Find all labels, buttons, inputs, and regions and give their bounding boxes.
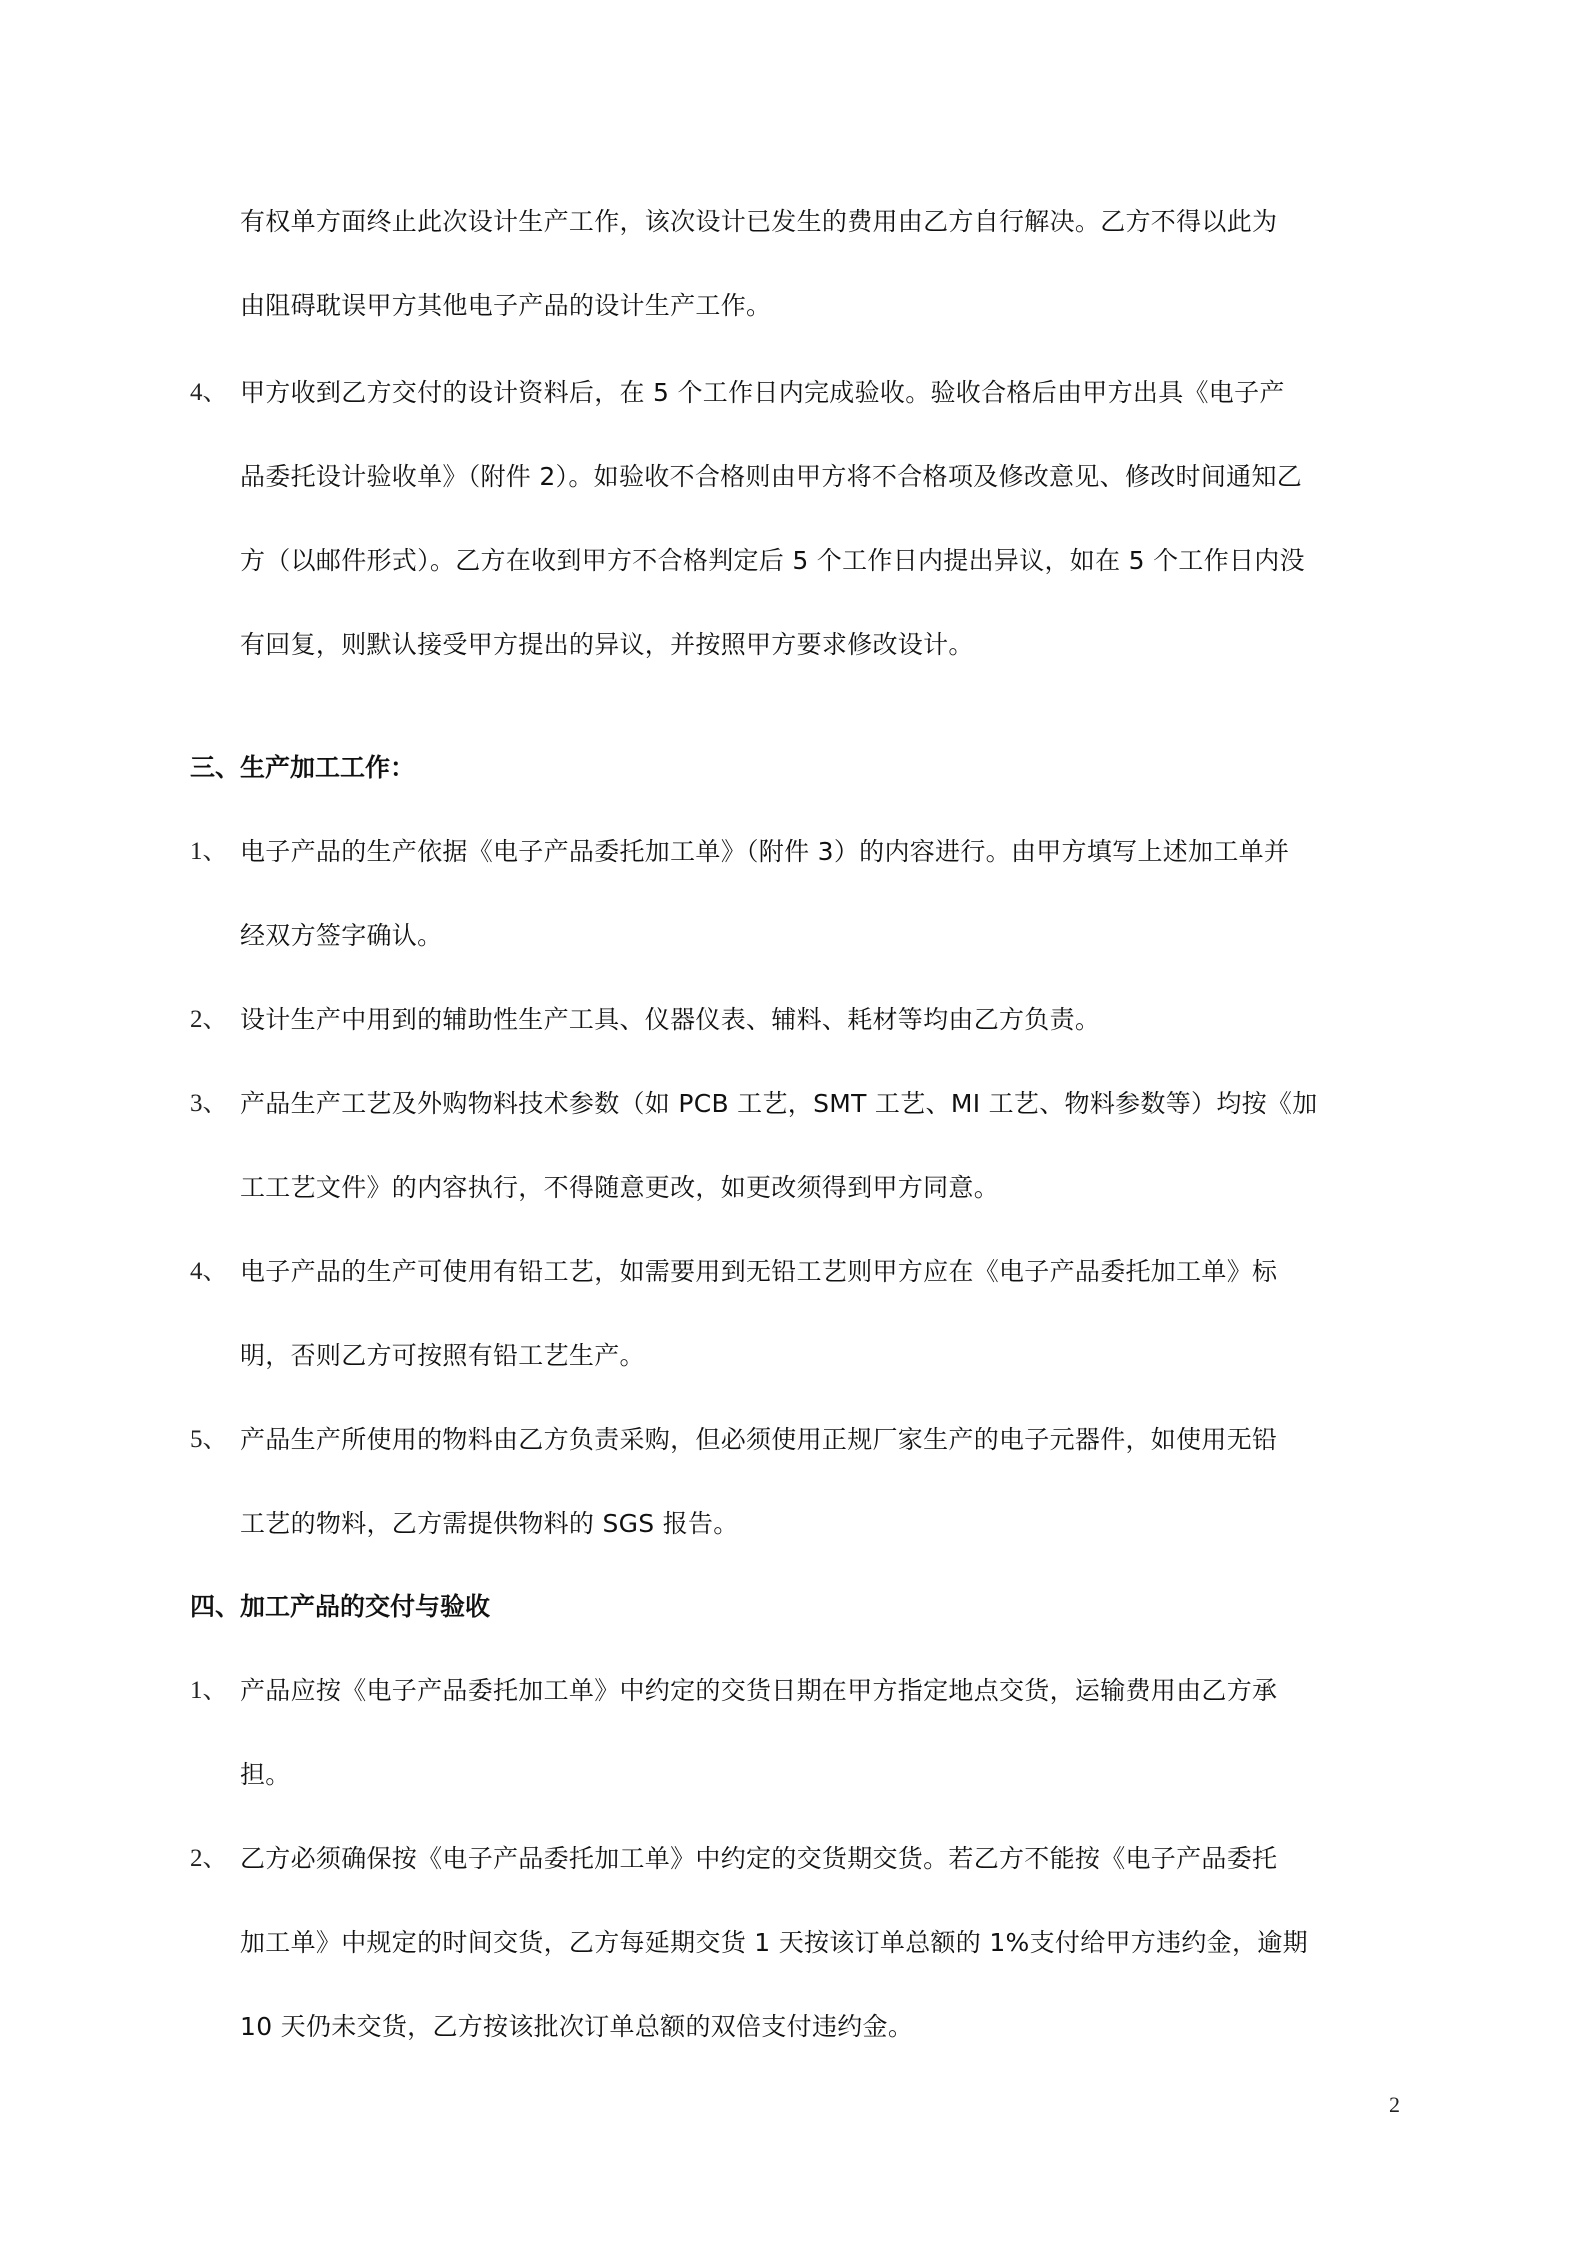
list-item-line: 设计生产中用到的辅助性生产工具、仪器仪表、辅料、耗材等均由乙方负责。 <box>240 1005 1100 1035</box>
list-number: 3、 <box>190 1089 228 1119</box>
list-item-line: 明，否则乙方可按照有铅工艺生产。 <box>240 1341 645 1371</box>
list-number: 1、 <box>190 837 228 867</box>
list-number: 4、 <box>190 1257 228 1287</box>
list-item-line: 电子产品的生产依据《电子产品委托加工单》（附件 3）的内容进行。由甲方填写上述加… <box>240 837 1289 867</box>
list-item-line: 方（以邮件形式）。乙方在收到甲方不合格判定后 5 个工作日内提出异议，如在 5 … <box>240 546 1305 576</box>
section-heading: 三、生产加工工作： <box>190 753 415 783</box>
list-item-line: 经双方签字确认。 <box>240 921 442 951</box>
list-number: 4、 <box>190 378 228 408</box>
list-number: 2、 <box>190 1844 228 1874</box>
list-item-line: 电子产品的生产可使用有铅工艺，如需要用到无铅工艺则甲方应在《电子产品委托加工单》… <box>240 1257 1277 1287</box>
list-item-line: 产品生产所使用的物料由乙方负责采购，但必须使用正规厂家生产的电子元器件，如使用无… <box>240 1425 1277 1455</box>
list-item-line: 乙方必须确保按《电子产品委托加工单》中约定的交货期交货。若乙方不能按《电子产品委… <box>240 1844 1277 1874</box>
list-item-line: 产品生产工艺及外购物料技术参数（如 PCB 工艺，SMT 工艺、MI 工艺、物料… <box>240 1089 1318 1119</box>
list-item-line: 工工艺文件》的内容执行，不得随意更改，如更改须得到甲方同意。 <box>240 1173 999 1203</box>
section-heading: 四、加工产品的交付与验收 <box>190 1592 490 1622</box>
list-item-line: 甲方收到乙方交付的设计资料后，在 5 个工作日内完成验收。验收合格后由甲方出具《… <box>240 378 1285 408</box>
list-item-line: 加工单》中规定的时间交货，乙方每延期交货 1 天按该订单总额的 1%支付给甲方违… <box>240 1928 1308 1958</box>
list-number: 1、 <box>190 1676 228 1706</box>
list-number: 2、 <box>190 1005 228 1035</box>
list-item-line: 有回复，则默认接受甲方提出的异议，并按照甲方要求修改设计。 <box>240 630 974 660</box>
list-item-line: 品委托设计验收单》（附件 2）。如验收不合格则由甲方将不合格项及修改意见、修改时… <box>240 462 1302 492</box>
list-item-line: 担。 <box>240 1760 291 1790</box>
paragraph-line: 由阻碍耽误甲方其他电子产品的设计生产工作。 <box>240 291 771 321</box>
list-number: 5、 <box>190 1425 228 1455</box>
list-item-line: 10 天仍未交货，乙方按该批次订单总额的双倍支付违约金。 <box>240 2012 913 2042</box>
list-item-line: 产品应按《电子产品委托加工单》中约定的交货日期在甲方指定地点交货，运输费用由乙方… <box>240 1676 1277 1706</box>
paragraph-line: 有权单方面终止此次设计生产工作，该次设计已发生的费用由乙方自行解决。乙方不得以此… <box>240 207 1277 237</box>
list-item-line: 工艺的物料，乙方需提供物料的 SGS 报告。 <box>240 1509 739 1539</box>
page-number: 2 <box>1389 2092 1400 2118</box>
